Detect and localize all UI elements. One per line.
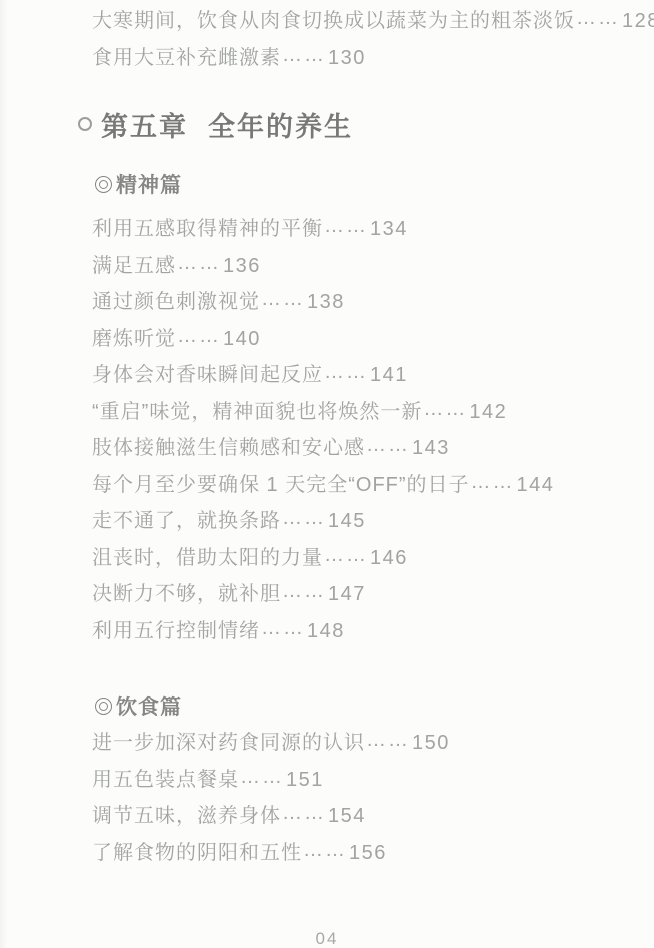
toc-entry-page-number: 142 — [469, 401, 507, 423]
toc-entry: 通过颜色刺激视觉……138 — [92, 284, 654, 321]
ring-icon — [78, 117, 92, 131]
toc-entry-title: 肢体接触滋生信赖感和安心感 — [92, 437, 365, 459]
bullseye-icon — [95, 698, 112, 715]
toc-entry: 肢体接触滋生信赖感和安心感……143 — [92, 430, 654, 467]
bullseye-icon — [95, 176, 112, 193]
toc-entry: 利用五行控制情绪……148 — [92, 613, 654, 650]
toc-entry-title: 满足五感 — [92, 255, 176, 277]
toc-entry-page-number: 144 — [517, 474, 555, 496]
toc-entry-title: 通过颜色刺激视觉 — [92, 291, 260, 313]
toc-entry-leader: …… — [261, 617, 305, 639]
toc-entry-page-number: 150 — [412, 732, 450, 754]
book-toc-page: 大寒期间，饮食从肉食切换成以蔬菜为主的粗茶淡饭……128食用大豆补充雌激素……1… — [0, 0, 654, 948]
toc-entry-leader: …… — [423, 398, 467, 420]
toc-entry-leader: …… — [177, 325, 221, 347]
section-heading-label: 饮食篇 — [116, 691, 182, 721]
toc-entry: 决断力不够，就补胆……147 — [92, 576, 654, 613]
toc-entry-page-number: 130 — [328, 47, 366, 69]
toc-entry: 大寒期间，饮食从肉食切换成以蔬菜为主的粗茶淡饭……128 — [92, 3, 654, 40]
toc-entry-page-number: 148 — [307, 620, 345, 642]
toc-entry-leader: …… — [177, 252, 221, 274]
toc-entry-page-number: 140 — [223, 328, 261, 350]
toc-entry-leader: …… — [282, 802, 326, 824]
chapter-number: 第五章 — [101, 105, 188, 144]
toc-entry-title: 食用大豆补充雌激素 — [92, 47, 281, 69]
toc-entry-leader: …… — [366, 729, 410, 751]
toc-entry-title: 决断力不够，就补胆 — [92, 583, 281, 605]
chapter-heading: 第五章 全年的养生 — [78, 106, 654, 142]
toc-entry-list: 进一步加深对药食同源的认识……150用五色装点餐桌……151调节五味，滋养身体…… — [0, 725, 654, 871]
chapter-title: 全年的养生 — [208, 105, 353, 144]
toc-entry: 进一步加深对药食同源的认识……150 — [92, 725, 654, 762]
toc-entry-title: “重启”味觉，精神面貌也将焕然一新 — [92, 401, 422, 423]
carryover-entries: 大寒期间，饮食从肉食切换成以蔬菜为主的粗茶淡饭……128食用大豆补充雌激素……1… — [0, 0, 654, 76]
toc-entry-title: 磨炼听觉 — [92, 328, 176, 350]
toc-entry-title: 利用五感取得精神的平衡 — [92, 218, 323, 240]
toc-entry-title: 身体会对香味瞬间起反应 — [92, 364, 323, 386]
toc-entry-leader: …… — [324, 215, 368, 237]
toc-entry-title: 利用五行控制情绪 — [92, 620, 260, 642]
toc-entry-title: 进一步加深对药食同源的认识 — [92, 732, 365, 754]
toc-entry: 调节五味，滋养身体……154 — [92, 798, 654, 835]
toc-entry-leader: …… — [576, 7, 620, 29]
toc-entry: 利用五感取得精神的平衡……134 — [92, 211, 654, 248]
toc-entry: 了解食物的阴阳和五性……156 — [92, 835, 654, 872]
toc-entry-leader: …… — [261, 288, 305, 310]
toc-sections: 精神篇利用五感取得精神的平衡……134满足五感……136通过颜色刺激视觉……13… — [0, 169, 654, 871]
page-number: 04 — [0, 929, 654, 948]
toc-entry-title: 走不通了，就换条路 — [92, 510, 281, 532]
toc-entry: 磨炼听觉……140 — [92, 321, 654, 358]
toc-entry-page-number: 151 — [286, 769, 324, 791]
toc-entry-page-number: 134 — [370, 218, 408, 240]
toc-entry: “重启”味觉，精神面貌也将焕然一新……142 — [92, 394, 654, 431]
bullseye-icon-inner — [99, 180, 108, 189]
toc-entry-leader: …… — [366, 434, 410, 456]
toc-entry-leader: …… — [240, 766, 284, 788]
toc-entry-leader: …… — [324, 544, 368, 566]
toc-entry-page-number: 154 — [328, 805, 366, 827]
toc-entry-leader: …… — [282, 44, 326, 66]
toc-entry-page-number: 156 — [349, 842, 387, 864]
toc-entry-page-number: 146 — [370, 547, 408, 569]
toc-entry: 满足五感……136 — [92, 248, 654, 285]
toc-entry-page-number: 143 — [412, 437, 450, 459]
toc-entry-title: 用五色装点餐桌 — [92, 769, 239, 791]
toc-entry-page-number: 147 — [328, 583, 366, 605]
toc-entry-list: 利用五感取得精神的平衡……134满足五感……136通过颜色刺激视觉……138磨炼… — [0, 211, 654, 649]
toc-entry-page-number: 136 — [223, 255, 261, 277]
toc-entry: 走不通了，就换条路……145 — [92, 503, 654, 540]
toc-entry-title: 了解食物的阴阳和五性 — [92, 842, 302, 864]
section-heading: 精神篇 — [95, 169, 654, 199]
toc-entry-leader: …… — [324, 361, 368, 383]
section-heading-label: 精神篇 — [116, 169, 182, 199]
bullseye-icon-inner — [99, 702, 108, 711]
toc-entry-page-number: 128 — [622, 10, 654, 32]
section-heading: 饮食篇 — [95, 691, 654, 721]
toc-entry-title: 每个月至少要确保 1 天完全“OFF”的日子 — [92, 474, 470, 496]
toc-entry: 用五色装点餐桌……151 — [92, 762, 654, 799]
toc-entry-leader: …… — [282, 580, 326, 602]
toc-entry-page-number: 138 — [307, 291, 345, 313]
toc-entry-page-number: 141 — [370, 364, 408, 386]
toc-entry-leader: …… — [471, 471, 515, 493]
toc-entry: 每个月至少要确保 1 天完全“OFF”的日子……144 — [92, 467, 654, 504]
toc-entry-title: 沮丧时，借助太阳的力量 — [92, 547, 323, 569]
toc-entry: 食用大豆补充雌激素……130 — [92, 40, 654, 77]
toc-entry-leader: …… — [303, 839, 347, 861]
toc-entry: 沮丧时，借助太阳的力量……146 — [92, 540, 654, 577]
toc-entry-page-number: 145 — [328, 510, 366, 532]
toc-entry-title: 调节五味，滋养身体 — [92, 805, 281, 827]
toc-entry-leader: …… — [282, 507, 326, 529]
toc-entry-title: 大寒期间，饮食从肉食切换成以蔬菜为主的粗茶淡饭 — [92, 10, 575, 32]
toc-entry: 身体会对香味瞬间起反应……141 — [92, 357, 654, 394]
